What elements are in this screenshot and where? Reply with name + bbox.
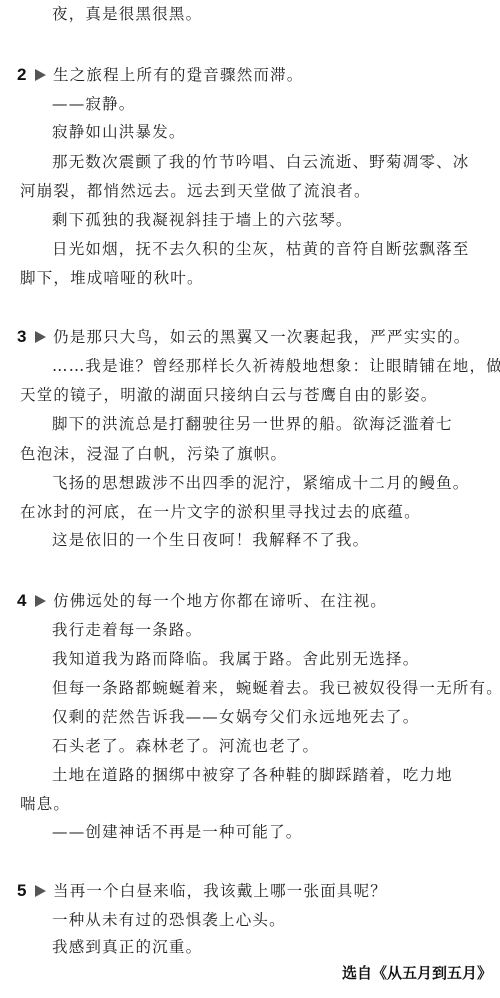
paragraph-line: 这是依旧的一个生日夜呵！我解释不了我。 xyxy=(52,530,369,550)
paragraph-line: ——寂静。 xyxy=(52,94,136,114)
paragraph-line: 天堂的镜子，明澈的湖面只接纳白云与苍鹰自由的影姿。 xyxy=(20,385,438,405)
section-3-heading: 3仍是那只大鸟，如云的黑翼又一次裹起我，严严实实的。 xyxy=(17,327,471,347)
triangle-right-icon xyxy=(35,331,46,343)
paragraph-line: 我行走着每一条路。 xyxy=(52,620,202,640)
section-5-heading: 5当再一个白昼来临，我该戴上哪一张面具呢？ xyxy=(17,881,387,901)
paragraph-line: 日光如烟，抚不去久积的尘灰，枯黄的音符自断弦飘落至 xyxy=(52,239,470,259)
section-number: 3 xyxy=(17,327,31,347)
paragraph-line: 但每一条路都蜿蜒着来，蜿蜒着去。我已被奴役得一无所有。 xyxy=(52,678,500,698)
paragraph-line: 那无数次震颤了我的竹节吟唱、白云流逝、野菊凋零、冰 xyxy=(52,152,470,172)
section-heading-text: 仍是那只大鸟，如云的黑翼又一次裹起我，严严实实的。 xyxy=(53,328,471,346)
paragraph-line: 脚下，堆成喑哑的秋叶。 xyxy=(20,268,204,288)
paragraph-line: 剩下孤独的我凝视斜挂于墙上的六弦琴。 xyxy=(52,210,353,230)
paragraph-line: ——创建神话不再是一种可能了。 xyxy=(52,822,303,842)
paragraph-line: 我知道我为路而降临。我属于路。舍此别无选择。 xyxy=(52,649,419,669)
paragraph-line: 色泡沫，浸湿了白帆，污染了旗帜。 xyxy=(20,444,287,464)
paragraph-line: 石头老了。森林老了。河流也老了。 xyxy=(52,736,319,756)
paragraph-line: ……我是谁？曾经那样长久祈祷般地想象：让眼睛铺在地，做 xyxy=(52,356,500,376)
triangle-right-icon xyxy=(35,885,46,897)
paragraph-line: 土地在道路的捆绑中被穿了各种鞋的脚踩踏着，吃力地 xyxy=(52,765,453,785)
paragraph-line: 我感到真正的沉重。 xyxy=(52,937,202,957)
paragraph-line: 河崩裂，都悄然远去。远去到天堂做了流浪者。 xyxy=(20,181,371,201)
paragraph-line: 寂静如山洪暴发。 xyxy=(52,122,186,142)
section-heading-text: 生之旅程上所有的跫音骤然而滞。 xyxy=(53,66,304,84)
paragraph-line: 仅剩的茫然告诉我——女娲夸父们永远地死去了。 xyxy=(52,707,419,727)
paragraph-line: 一种从未有过的恐惧袭上心头。 xyxy=(52,910,286,930)
triangle-right-icon xyxy=(35,595,46,607)
intro-line: 夜，真是很黑很黑。 xyxy=(52,4,202,24)
source-citation: 选自《从五月到五月》 xyxy=(342,963,492,983)
section-number: 4 xyxy=(17,591,31,611)
section-number: 5 xyxy=(17,881,31,901)
triangle-right-icon xyxy=(35,69,46,81)
section-heading-text: 当再一个白昼来临，我该戴上哪一张面具呢？ xyxy=(53,882,387,900)
paragraph-line: 喘息。 xyxy=(20,794,70,814)
section-number: 2 xyxy=(17,65,31,85)
paragraph-line: 飞扬的思想跋涉不出四季的泥泞，紧缩成十二月的鳗鱼。 xyxy=(52,473,470,493)
section-heading-text: 仿佛远处的每一个地方你都在谛听、在注视。 xyxy=(53,592,387,610)
section-4-heading: 4仿佛远处的每一个地方你都在谛听、在注视。 xyxy=(17,591,387,611)
paragraph-line: 脚下的洪流总是打翻驶往另一世界的船。欲海泛滥着七 xyxy=(52,414,453,434)
section-2-heading: 2生之旅程上所有的跫音骤然而滞。 xyxy=(17,65,304,85)
paragraph-line: 在冰封的河底，在一片文字的淤积里寻找过去的底蕴。 xyxy=(20,502,421,522)
